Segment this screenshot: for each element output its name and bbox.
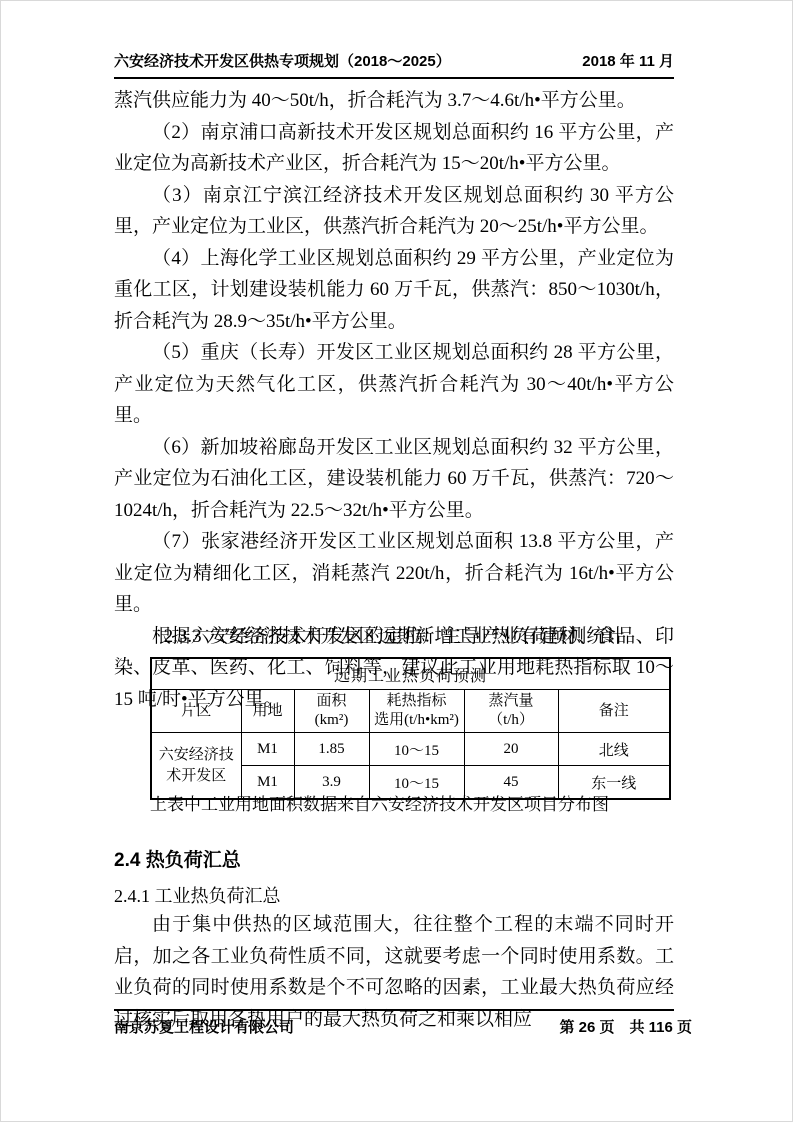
body-paragraph: 蒸汽供应能力为 40～50t/h，折合耗汽为 3.7～4.6t/h•平方公里。 <box>114 85 674 117</box>
table-cell: M1 <box>241 733 294 766</box>
table-header-row: 片区 用地 面积 (km²) 耗热指标 选用(t/h•km²) 蒸汽量 （t/h… <box>151 690 670 733</box>
table-cell: 1.85 <box>294 733 369 766</box>
page-footer: 南京苏夏工程设计有限公司 第 26 页 共 116 页 <box>114 1009 674 1037</box>
footer-content: 南京苏夏工程设计有限公司 第 26 页 共 116 页 <box>114 1011 692 1037</box>
table-cell: 东一线 <box>558 766 670 800</box>
body-paragraph: （2）南京浦口高新技术开发区规划总面积约 16 平方公里，产业定位为高新技术产业… <box>114 117 674 180</box>
body-paragraph: （7）张家港经济开发区工业区规划总面积 13.8 平方公里，产业定位为精细化工区… <box>114 526 674 621</box>
header-date: 2018 年 11 月 <box>582 53 674 71</box>
table-cell: 3.9 <box>294 766 369 800</box>
table-cell-region: 六安经济技术开发区 <box>151 733 241 800</box>
table-header-cell: 面积 (km²) <box>294 690 369 733</box>
footer-page-number: 第 26 页 共 116 页 <box>559 1019 692 1037</box>
table-header-cell: 蒸汽量 （t/h） <box>464 690 558 733</box>
subsection-heading: 2.4.1 工业热负荷汇总 <box>114 885 674 908</box>
table-title-row: 远期工业热负荷预测 <box>151 658 670 690</box>
body-paragraph: （6）新加坡裕廊岛开发区工业区规划总面积约 32 平方公里，产业定位为石油化工区… <box>114 432 674 527</box>
section-heading: 2.4 热负荷汇总 <box>114 849 674 873</box>
industrial-heat-load-table: 远期工业热负荷预测 片区 用地 面积 (km²) 耗热指标 选用(t/h•km²… <box>150 657 671 800</box>
footer-company-name: 南京苏夏工程设计有限公司 <box>114 1019 294 1037</box>
header-document-title: 六安经济技术开发区供热专项规划（2018～2025） <box>114 53 451 71</box>
page-header: 六安经济技术开发区供热专项规划（2018～2025） 2018 年 11 月 <box>114 53 674 79</box>
body-paragraph: （4）上海化学工业区规划总面积约 29 平方公里，产业定位为重化工区，计划建设装… <box>114 243 674 338</box>
table-cell: 10～15 <box>369 766 464 800</box>
body-paragraph: （3）南京江宁滨江经济技术开发区规划总面积约 30 平方公里，产业定位为工业区，… <box>114 180 674 243</box>
table-row: 六安经济技术开发区 M1 1.85 10～15 20 北线 <box>151 733 670 766</box>
document-page: 六安经济技术开发区供热专项规划（2018～2025） 2018 年 11 月 蒸… <box>0 0 793 1122</box>
table-header-cell: 备注 <box>558 690 670 733</box>
table-cell: M1 <box>241 766 294 800</box>
table-header-cell: 片区 <box>151 690 241 733</box>
table-title-cell: 远期工业热负荷预测 <box>151 658 670 690</box>
table-cell: 20 <box>464 733 558 766</box>
table-cell: 10～15 <box>369 733 464 766</box>
table-caption: 2.3.3 六安经济技术开发区远期新增工业热负荷预测统计 <box>114 621 674 653</box>
table-note: 上表中工业用地面积数据来自六安经济技术开发区项目分布图 <box>150 795 690 815</box>
body-paragraph: （5）重庆（长寿）开发区工业区规划总面积约 28 平方公里，产业定位为天然气化工… <box>114 337 674 432</box>
table-header-cell: 用地 <box>241 690 294 733</box>
table-cell: 45 <box>464 766 558 800</box>
table-header-cell: 耗热指标 选用(t/h•km²) <box>369 690 464 733</box>
table-cell: 北线 <box>558 733 670 766</box>
